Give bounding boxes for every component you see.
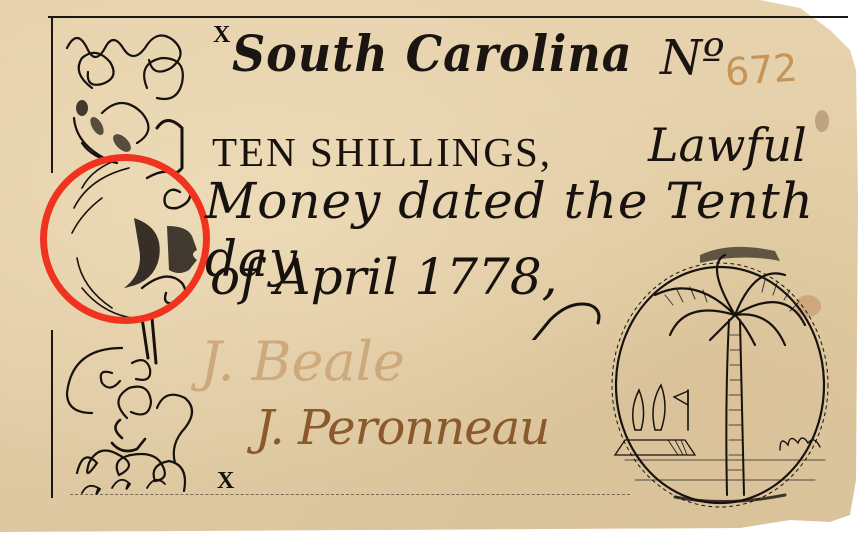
denomination: TEN SHILLINGS, [212,128,552,176]
annotation-circle-hidden-face [40,154,210,324]
corner-mark-top: X [213,22,230,49]
palmetto-vignette [605,235,855,510]
paper-stain [815,110,829,132]
text-date: of April 1778, [210,248,558,306]
signature-peronneau: J. Peronneau [255,400,549,456]
colony-title: South Carolina [232,24,632,83]
serial-number: 672 [724,46,799,95]
flourish-ornament [530,280,610,340]
numero-label: Nº [660,30,725,86]
corner-mark-bottom: X [217,468,234,495]
text-lawful: Lawful [648,118,807,172]
signature-beale: J. Beale [200,330,405,393]
